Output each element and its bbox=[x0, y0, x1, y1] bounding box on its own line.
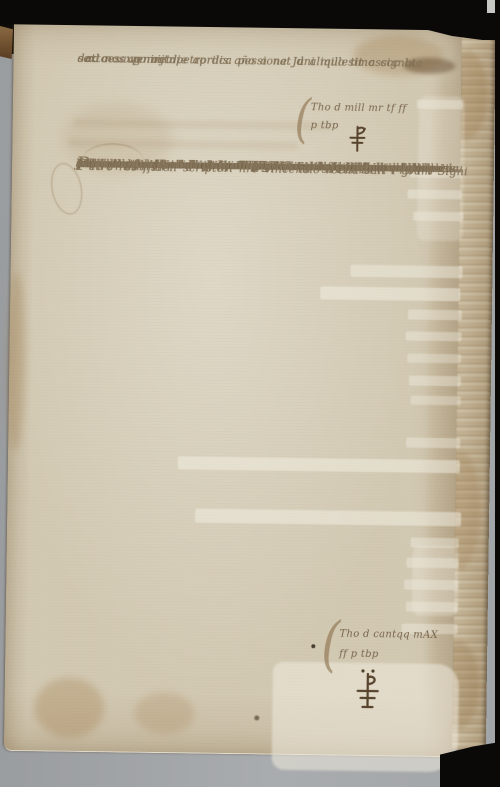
cover-shadow-right bbox=[495, 0, 500, 787]
repair-strip bbox=[195, 509, 461, 527]
manuscript-text-line: sexto .. xpo ostn bbox=[77, 48, 176, 71]
repair-strip bbox=[350, 265, 462, 279]
note-line: ff p tbp bbox=[339, 649, 379, 661]
note-line: Tho d cantqq mAX bbox=[339, 629, 438, 641]
manuscript-page: ad nos veniret petro dca pessione Ju ali… bbox=[4, 22, 462, 757]
repair-strip bbox=[178, 456, 460, 473]
photo-backdrop: ad nos veniret petro dca pessione Ju ali… bbox=[0, 0, 500, 787]
repair-strip bbox=[408, 310, 462, 321]
notarial-sign-icon bbox=[344, 123, 370, 155]
repair-strip bbox=[409, 376, 461, 387]
bracket-mark: ( bbox=[294, 93, 311, 146]
repair-strip bbox=[407, 354, 461, 364]
note-line: p tbp bbox=[311, 120, 339, 131]
repair-strip bbox=[320, 286, 460, 301]
repair-strip bbox=[406, 438, 460, 449]
registration-note-bottom: ( Tho d cantqq mAX ff p tbp bbox=[320, 624, 472, 736]
bracket-mark: ( bbox=[321, 614, 341, 674]
repair-strip bbox=[406, 331, 462, 341]
note-line: Tho d mill mr tf ff bbox=[311, 102, 407, 114]
repair-patch bbox=[412, 546, 459, 617]
manuscript-text-line: Lo pximo .. xpo ostny bbox=[76, 154, 209, 176]
binding-tab bbox=[0, 26, 13, 59]
repair-strip bbox=[411, 396, 461, 406]
notarial-sign-icon bbox=[350, 667, 385, 713]
